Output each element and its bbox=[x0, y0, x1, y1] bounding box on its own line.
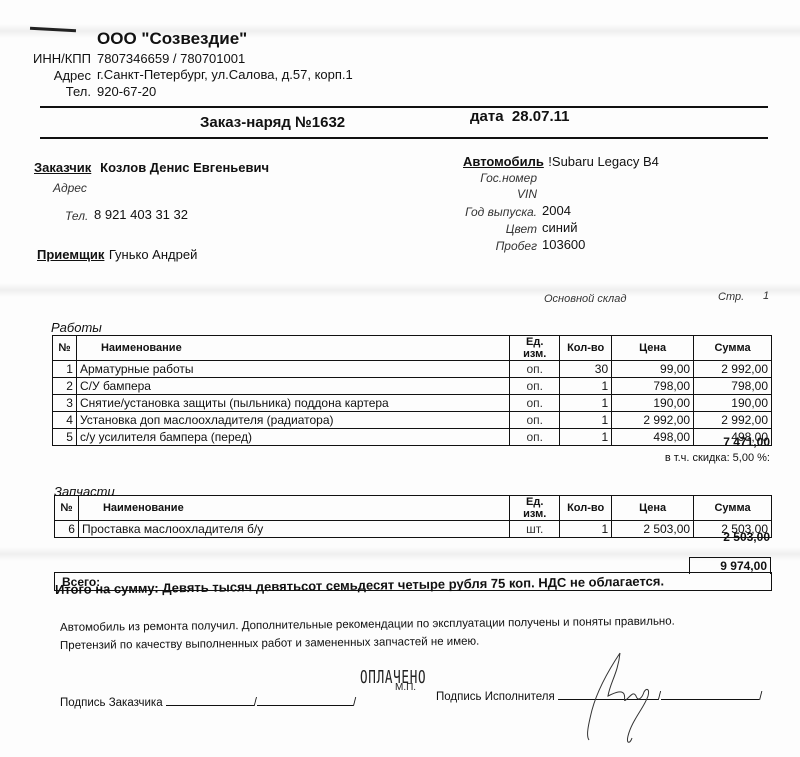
vehicle-color-value: синий bbox=[542, 220, 577, 235]
vehicle-row: Автомобиль !Subaru Legacy B4 bbox=[463, 153, 659, 171]
vehicle-vin-label: VIN bbox=[440, 187, 537, 201]
col-header-unit: Ед. изм. bbox=[510, 336, 560, 361]
row-number: 2 bbox=[53, 378, 77, 395]
row-price: 498,00 bbox=[612, 429, 694, 446]
vehicle-plate-label: Гос.номер bbox=[440, 171, 537, 185]
handwritten-signature bbox=[580, 648, 660, 748]
customer-phone-label: Тел. bbox=[65, 209, 88, 223]
parts-table: № Наименование Ед. изм. Кол-во Цена Сумм… bbox=[54, 495, 772, 538]
row-qty: 1 bbox=[560, 412, 612, 429]
grand-total-value: 9 974,00 bbox=[689, 557, 771, 574]
works-section-title: Работы bbox=[51, 320, 102, 335]
row-number: 3 bbox=[53, 395, 77, 412]
works-header-row: № Наименование Ед. изм. Кол-во Цена Сумм… bbox=[53, 336, 772, 361]
customer-name-line[interactable] bbox=[257, 694, 353, 706]
row-number: 6 bbox=[55, 521, 79, 538]
col-header-number: № bbox=[55, 496, 79, 521]
row-sum: 798,00 bbox=[694, 378, 772, 395]
row-number: 4 bbox=[53, 412, 77, 429]
row-unit: шт. bbox=[510, 521, 560, 538]
executor-name-line[interactable] bbox=[661, 688, 759, 700]
receiver-label: Приемщик bbox=[37, 247, 104, 262]
company-name: ООО "Созвездие" bbox=[97, 29, 247, 49]
customer-row: Заказчик Козлов Денис Евгеньевич bbox=[34, 159, 269, 177]
table-row: 6Проставка маслоохладителя б/ушт.12 503,… bbox=[55, 521, 772, 538]
row-qty: 1 bbox=[560, 429, 612, 446]
vehicle-model: !Subaru Legacy B4 bbox=[548, 154, 659, 169]
vehicle-color-label: Цвет bbox=[440, 222, 537, 236]
row-sum: 190,00 bbox=[694, 395, 772, 412]
row-name: С/У бампера bbox=[76, 378, 509, 395]
order-title: Заказ-наряд №1632 bbox=[200, 114, 345, 131]
col-header-price: Цена bbox=[612, 336, 694, 361]
warehouse-label: Основной склад bbox=[544, 293, 626, 305]
order-date: дата 28.07.11 bbox=[470, 108, 569, 125]
col-header-number: № bbox=[53, 336, 77, 361]
row-price: 2 992,00 bbox=[612, 412, 694, 429]
receiver-name: Гунько Андрей bbox=[109, 247, 197, 262]
company-phone-value: 920-67-20 bbox=[97, 84, 156, 99]
table-row: 3Снятие/установка защиты (пыльника) подд… bbox=[53, 395, 772, 412]
company-phone-label: Тел. bbox=[3, 84, 91, 99]
row-qty: 30 bbox=[560, 361, 612, 378]
company-address-value: г.Санкт-Петербург, ул.Салова, д.57, корп… bbox=[97, 67, 353, 82]
order-date-value: 28.07.11 bbox=[512, 108, 570, 125]
row-name: Арматурные работы bbox=[76, 361, 509, 378]
col-header-sum: Сумма bbox=[694, 496, 772, 521]
row-sum: 2 992,00 bbox=[694, 412, 772, 429]
col-header-qty: Кол-во bbox=[560, 496, 612, 521]
row-price: 190,00 bbox=[612, 395, 694, 412]
vehicle-year-value: 2004 bbox=[542, 203, 571, 218]
customer-signature-row: Подпись Заказчика // bbox=[60, 694, 356, 709]
customer-label: Заказчик bbox=[34, 160, 91, 175]
row-qty: 1 bbox=[560, 521, 612, 538]
paid-stamp: ОПЛАЧЕНО bbox=[360, 667, 426, 688]
row-qty: 1 bbox=[560, 378, 612, 395]
executor-signature-label: Подпись Исполнителя bbox=[436, 691, 555, 703]
col-header-sum: Сумма bbox=[694, 336, 772, 361]
page-number: 1 bbox=[763, 290, 769, 302]
col-header-qty: Кол-во bbox=[560, 336, 612, 361]
row-unit: оп. bbox=[510, 361, 560, 378]
row-number: 5 bbox=[53, 429, 77, 446]
row-number: 1 bbox=[53, 361, 77, 378]
no-claims-statement: Претензий по качеству выполненных работ … bbox=[60, 636, 479, 652]
vehicle-mileage-value: 103600 bbox=[542, 237, 585, 252]
col-header-unit: Ед. изм. bbox=[510, 496, 560, 521]
receiver-row: Приемщик Гунько Андрей bbox=[37, 246, 197, 264]
acceptance-statement: Автомобиль из ремонта получил. Дополните… bbox=[60, 616, 675, 634]
vehicle-mileage-label: Пробег bbox=[440, 239, 537, 253]
inn-kpp-value: 7807346659 / 780701001 bbox=[97, 51, 245, 66]
col-header-name: Наименование bbox=[78, 496, 509, 521]
row-sum: 2 992,00 bbox=[694, 361, 772, 378]
paper-crease bbox=[0, 547, 800, 561]
discount-note: в т.ч. скидка: 5,00 %: bbox=[620, 452, 770, 464]
works-total: 7 471,00 bbox=[690, 435, 770, 449]
parts-total: 2 503,00 bbox=[690, 530, 770, 544]
company-address-label: Адрес bbox=[3, 68, 91, 83]
order-date-label: дата bbox=[470, 108, 504, 125]
vehicle-label: Автомобиль bbox=[463, 154, 544, 169]
header-rule-top bbox=[40, 106, 768, 108]
row-qty: 1 bbox=[560, 395, 612, 412]
works-table: № Наименование Ед. изм. Кол-во Цена Сумм… bbox=[52, 335, 772, 446]
row-price: 2 503,00 bbox=[612, 521, 694, 538]
inn-kpp-label: ИНН/КПП bbox=[3, 51, 91, 66]
paper-crease bbox=[0, 283, 800, 297]
row-price: 798,00 bbox=[612, 378, 694, 395]
row-name: Проставка маслоохладителя б/у bbox=[78, 521, 509, 538]
table-row: 1Арматурные работыоп.3099,002 992,00 bbox=[53, 361, 772, 378]
row-unit: оп. bbox=[510, 412, 560, 429]
row-name: Установка доп маслоохладителя (радиатора… bbox=[76, 412, 509, 429]
customer-address-label: Адрес bbox=[53, 181, 87, 195]
table-row: 4Установка доп маслоохладителя (радиатор… bbox=[53, 412, 772, 429]
customer-name: Козлов Денис Евгеньевич bbox=[100, 160, 269, 175]
parts-header-row: № Наименование Ед. изм. Кол-во Цена Сумм… bbox=[55, 496, 772, 521]
customer-signature-label: Подпись Заказчика bbox=[60, 697, 163, 709]
row-unit: оп. bbox=[510, 378, 560, 395]
page-label: Стр. bbox=[718, 291, 744, 303]
vehicle-year-label: Год выпуска. bbox=[440, 205, 537, 219]
row-unit: оп. bbox=[510, 429, 560, 446]
row-unit: оп. bbox=[510, 395, 560, 412]
header-rule-bottom bbox=[40, 137, 768, 139]
work-order-document: ООО "Созвездие" ИНН/КПП 7807346659 / 780… bbox=[0, 0, 800, 757]
stamp-place-mark: М.П. bbox=[395, 682, 416, 693]
row-name: с/у усилителя бампера (перед) bbox=[76, 429, 509, 446]
col-header-name: Наименование bbox=[76, 336, 509, 361]
table-row: 2С/У бампераоп.1798,00798,00 bbox=[53, 378, 772, 395]
row-price: 99,00 bbox=[612, 361, 694, 378]
table-row: 5с/у усилителя бампера (перед)оп.1498,00… bbox=[53, 429, 772, 446]
customer-phone-value: 8 921 403 31 32 bbox=[94, 207, 188, 222]
col-header-price: Цена bbox=[612, 496, 694, 521]
row-name: Снятие/установка защиты (пыльника) поддо… bbox=[76, 395, 509, 412]
customer-signature-line[interactable] bbox=[166, 694, 254, 706]
